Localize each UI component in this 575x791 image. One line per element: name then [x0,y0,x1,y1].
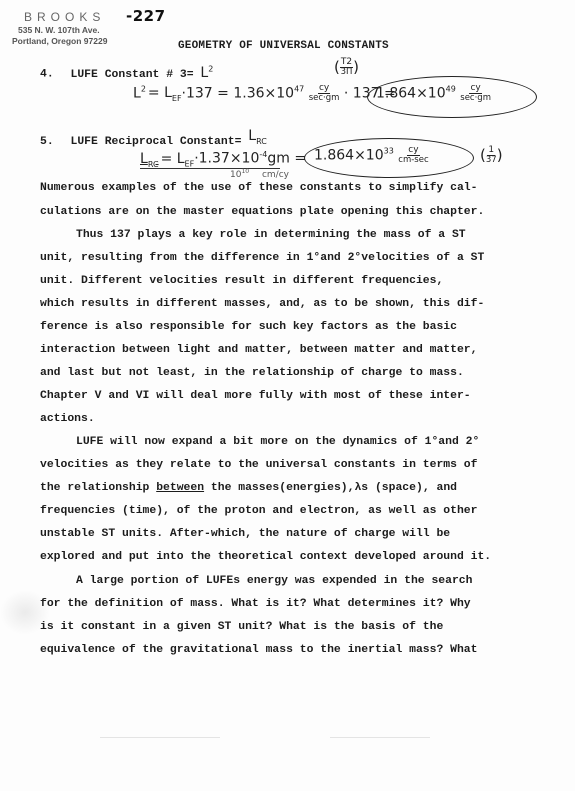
paragraph-2-line-8: Chapter V and VI will deal more fully wi… [40,390,471,402]
section-5-heading: 5. LUFE Reciprocal Constant= LRC [40,132,267,150]
scan-artifact-line [100,737,220,738]
section-5-denominator: 1010 cm/cy [230,168,289,180]
underlined-word: between [156,482,204,494]
paragraph-3-line-2: velocities as they relate to the univers… [40,459,477,471]
paragraph-1-line-1: Numerous examples of the use of these co… [40,182,477,194]
letterhead-name: BROOKS [24,10,105,24]
paragraph-3-line-4: frequencies (time), of the proton and el… [40,505,477,517]
paragraph-4-line-3: is it constant in a given ST unit? What … [40,621,443,633]
scan-artifact-line [330,737,430,738]
paragraph-2-line-5: ference is also responsible for such key… [40,321,457,333]
section-5-result: 1.864×1033 cycm-sec [314,146,429,165]
section-5-number: 5. [40,136,54,148]
section-4-result: 1.864×1049 cysec·gm [376,84,491,103]
letterhead-address-line1: 535 N. W. 107th Ave. [18,25,100,35]
paragraph-3-line-3: the relationship between the masses(ener… [40,482,457,494]
letterhead-address-line2: Portland, Oregon 97229 [12,36,107,46]
paragraph-4-line-4: equivalence of the gravitational mass to… [40,644,477,656]
paragraph-1-line-2: culations are on the master equations pl… [40,206,484,218]
document-page: BROOKS -227 535 N. W. 107th Ave. Portlan… [0,0,575,791]
paragraph-2-line-3: unit. Different velocities result in dif… [40,275,443,287]
paragraph-3-line-6: explored and put into the theoretical co… [40,551,491,563]
section-4-equation: L2= LEF·137 = 1.36×1047 cysec·gm · 137 = [133,84,396,103]
section-4-side-note: (T23Π) [334,58,359,77]
section-5-symbol: LRC [248,128,267,144]
section-5-title: LUFE Reciprocal Constant= [71,136,242,148]
section-4-title: LUFE Constant # 3= [71,69,194,81]
section-4-number: 4. [40,69,54,81]
paragraph-2-line-7: and last but not least, in the relations… [40,367,464,379]
paragraph-3-line-1: LUFE will now expand a bit more on the d… [76,436,479,448]
page-number: -227 [126,7,166,25]
paragraph-2-line-9: actions. [40,413,95,425]
section-4-symbol: L2 [200,65,213,81]
paragraph-2-line-4: which results in different masses, and, … [40,298,484,310]
paragraph-2-line-2: unit, resulting from the difference in 1… [40,252,484,264]
paragraph-4-line-2: for the definition of mass. What is it? … [40,598,471,610]
paragraph-4-line-1: A large portion of LUFEs energy was expe… [76,575,472,587]
paragraph-2-line-6: interaction between light and matter, be… [40,344,477,356]
paragraph-2-line-1: Thus 137 plays a key role in determining… [76,229,466,241]
section-4-heading: 4. LUFE Constant # 3= L2 [40,64,213,81]
page-title: GEOMETRY OF UNIVERSAL CONSTANTS [178,40,389,52]
scan-smudge [0,590,50,635]
section-5-equation: LRC= LEF·1.37×10-4gm = [140,150,306,168]
paragraph-3-line-5: unstable ST units. After-which, the natu… [40,528,450,540]
section-5-side-note: (137) [480,146,503,165]
